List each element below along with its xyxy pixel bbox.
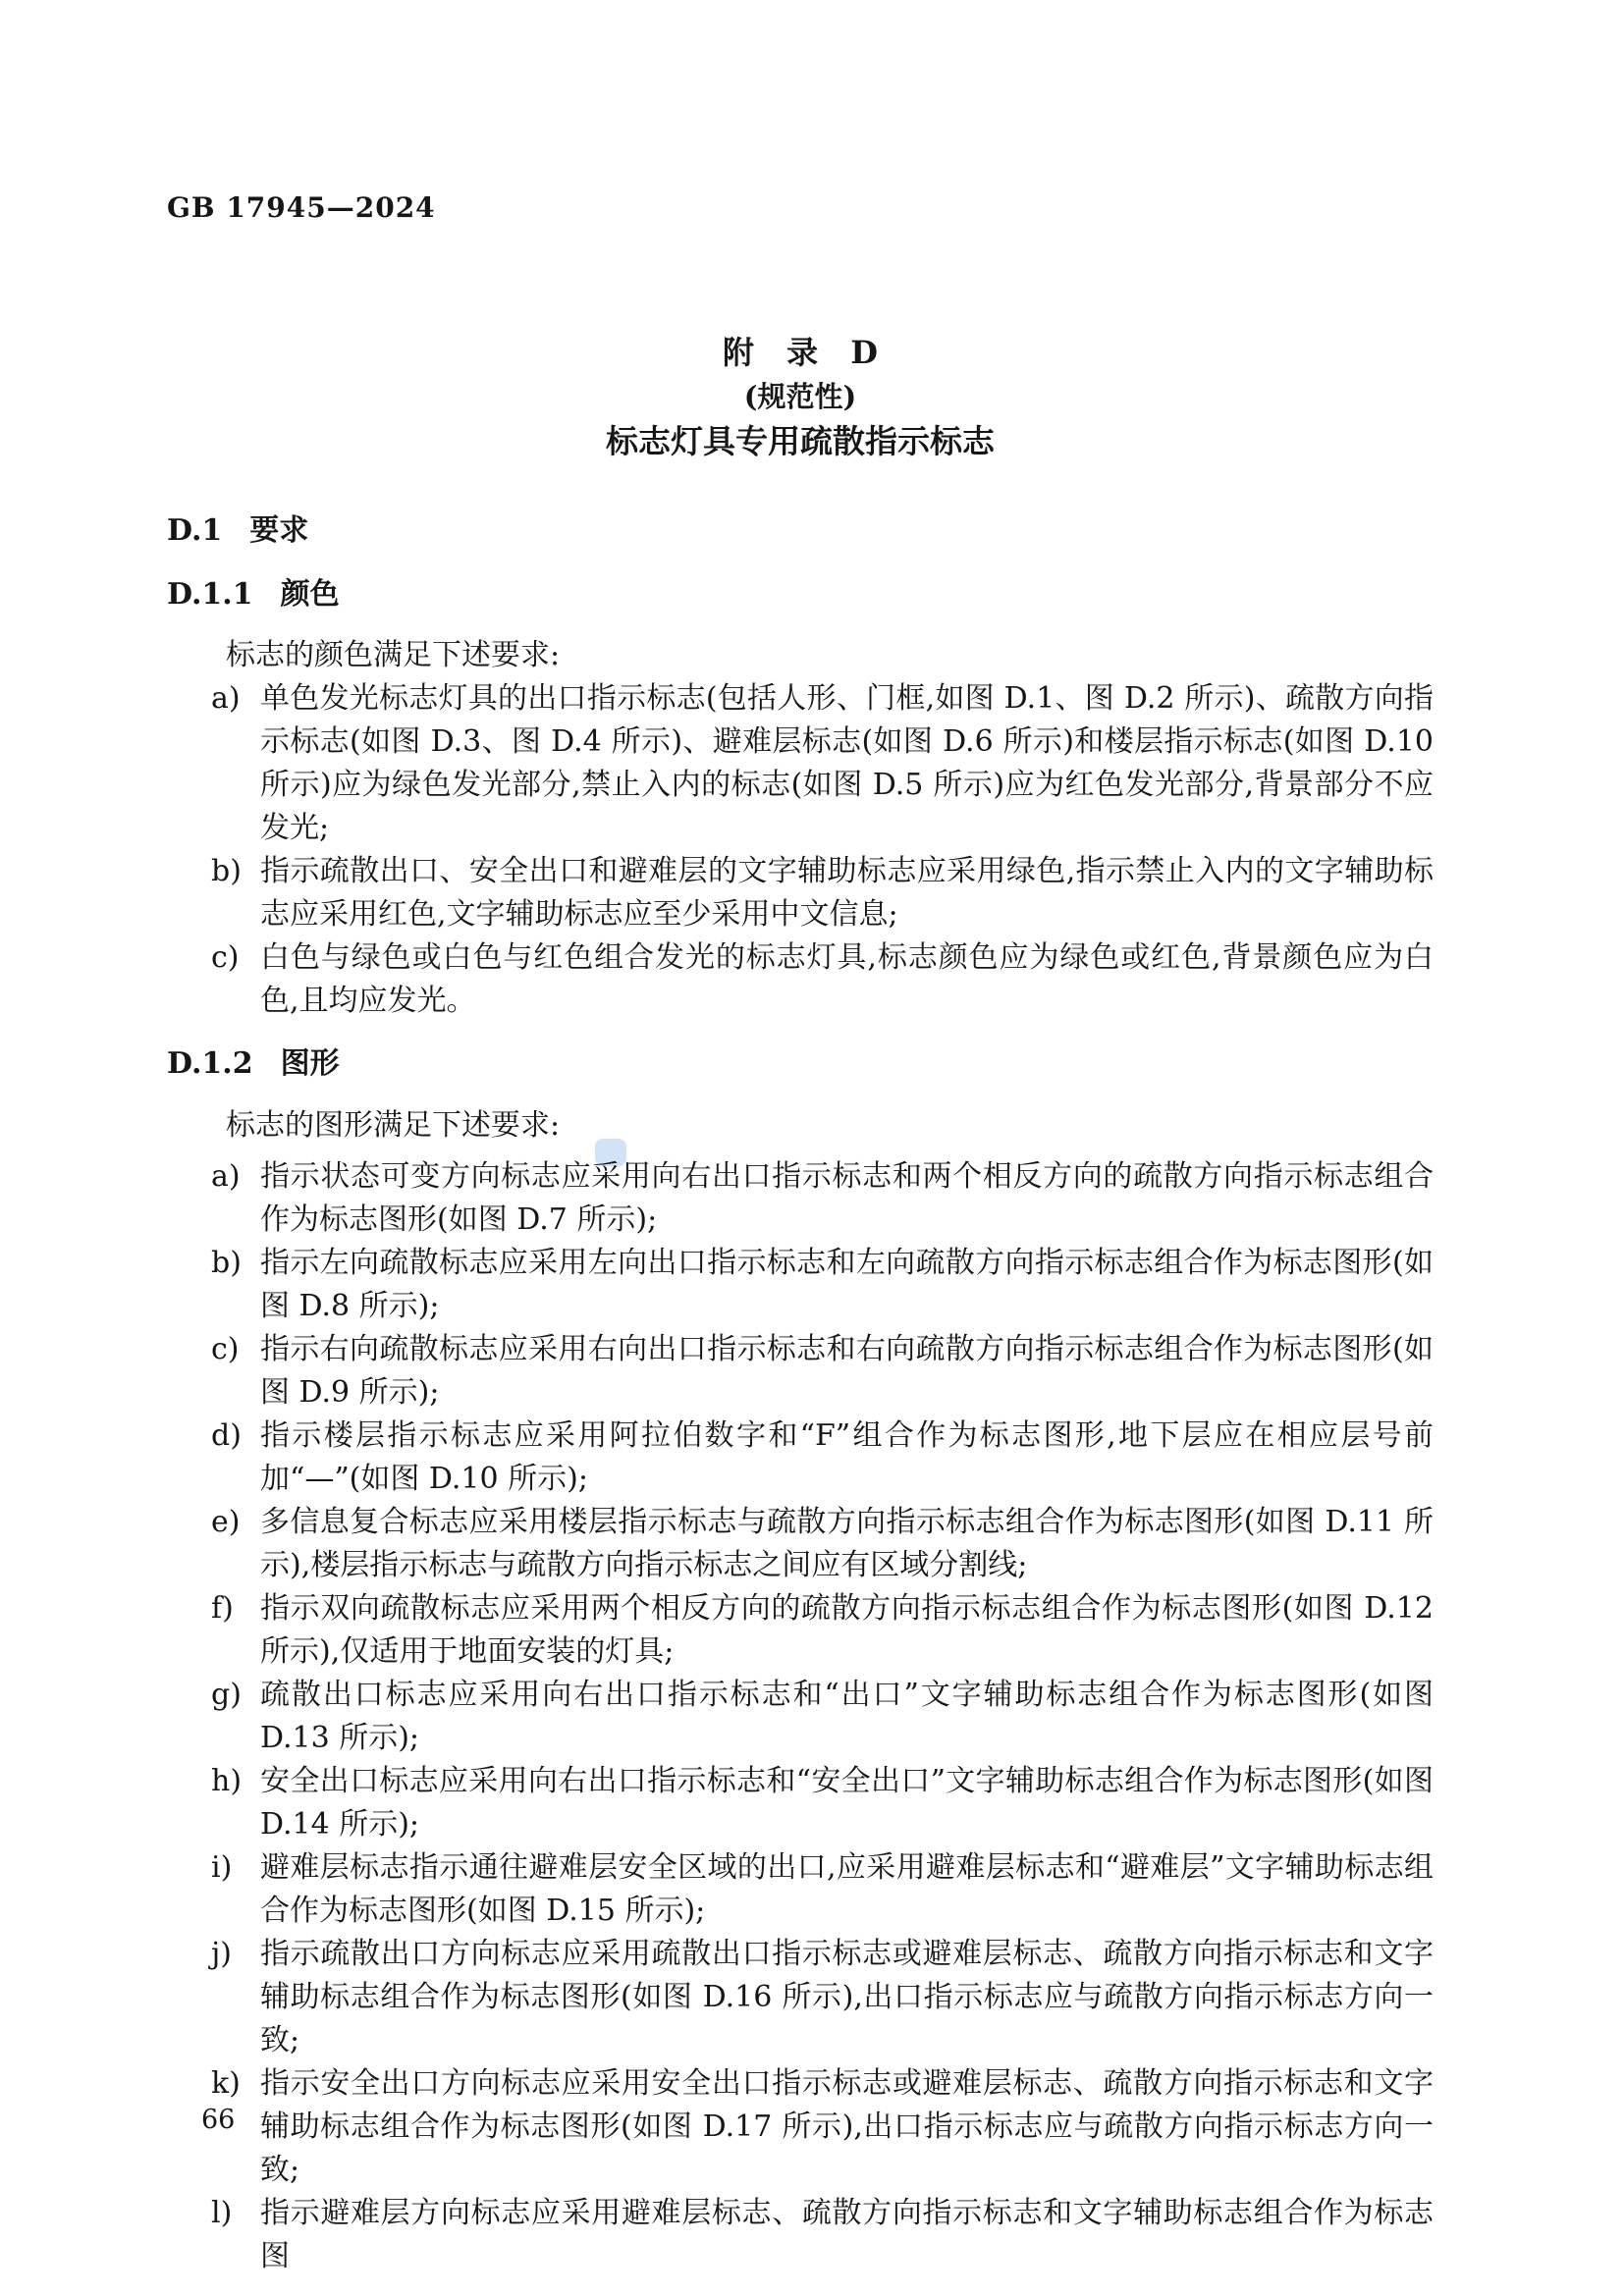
- list-item: j) 指示疏散出口方向标志应采用疏散出口指示标志或避难层标志、疏散方向指示标志和…: [211, 1933, 1434, 2062]
- section-number: D.1.2: [167, 1046, 253, 1082]
- list-item-label: l): [211, 2192, 260, 2278]
- section-d11-list: a) 单色发光标志灯具的出口指示标志(包括人形、门框,如图 D.1、图 D.2 …: [167, 677, 1434, 1023]
- list-item: a) 单色发光标志灯具的出口指示标志(包括人形、门框,如图 D.1、图 D.2 …: [211, 677, 1434, 850]
- list-item-label: i): [211, 1846, 260, 1933]
- list-item-text: 疏散出口标志应采用向右出口指示标志和“出口”文字辅助标志组合作为标志图形(如图 …: [260, 1674, 1434, 1760]
- appendix-title-block: 附 录 D (规范性) 标志灯具专用疏散指示标志: [167, 331, 1434, 463]
- section-d12-intro: 标志的图形满足下述要求:: [167, 1104, 1434, 1148]
- page-number: 66: [201, 2105, 235, 2136]
- list-item: c) 指示右向疏散标志应采用右向出口指示标志和右向疏散方向指示标志组合作为标志图…: [211, 1328, 1434, 1415]
- document-page: GB 17945—2024 附 录 D (规范性) 标志灯具专用疏散指示标志 D…: [0, 0, 1624, 2296]
- section-d11-intro: 标志的颜色满足下述要求:: [167, 634, 1434, 677]
- list-item: l) 指示避难层方向标志应采用避难层标志、疏散方向指示标志和文字辅助标志组合作为…: [211, 2192, 1434, 2278]
- list-item-text: 白色与绿色或白色与红色组合发光的标志灯具,标志颜色应为绿色或红色,背景颜色应为白…: [260, 936, 1434, 1023]
- list-item-label: b): [211, 1242, 260, 1328]
- list-item-label: h): [211, 1760, 260, 1846]
- list-item-text: 指示右向疏散标志应采用右向出口指示标志和右向疏散方向指示标志组合作为标志图形(如…: [260, 1328, 1434, 1415]
- list-item-text: 多信息复合标志应采用楼层指示标志与疏散方向指示标志组合作为标志图形(如图 D.1…: [260, 1501, 1434, 1587]
- list-item: e) 多信息复合标志应采用楼层指示标志与疏散方向指示标志组合作为标志图形(如图 …: [211, 1501, 1434, 1587]
- list-item: i) 避难层标志指示通往避难层安全区域的出口,应采用避难层标志和“避难层”文字辅…: [211, 1846, 1434, 1933]
- list-item-text: 指示避难层方向标志应采用避难层标志、疏散方向指示标志和文字辅助标志组合作为标志图: [260, 2192, 1434, 2278]
- list-item-label: a): [211, 1155, 260, 1242]
- list-item: c) 白色与绿色或白色与红色组合发光的标志灯具,标志颜色应为绿色或红色,背景颜色…: [211, 936, 1434, 1023]
- list-item-text: 指示双向疏散标志应采用两个相反方向的疏散方向指示标志组合作为标志图形(如图 D.…: [260, 1587, 1434, 1674]
- section-title: 颜色: [281, 577, 340, 612]
- list-item-text: 指示状态可变方向标志应采用向右出口指示标志和两个相反方向的疏散方向指示标志组合作…: [260, 1155, 1434, 1242]
- list-item-label: e): [211, 1501, 260, 1587]
- list-item-label: c): [211, 1328, 260, 1415]
- list-item-text: 指示左向疏散标志应采用左向出口指示标志和左向疏散方向指示标志组合作为标志图形(如…: [260, 1242, 1434, 1328]
- list-item: h) 安全出口标志应采用向右出口指示标志和“安全出口”文字辅助标志组合作为标志图…: [211, 1760, 1434, 1846]
- appendix-title: 附 录 D: [167, 331, 1434, 375]
- list-item-text: 避难层标志指示通往避难层安全区域的出口,应采用避难层标志和“避难层”文字辅助标志…: [260, 1846, 1434, 1933]
- list-item-label: d): [211, 1415, 260, 1501]
- list-item-text: 指示楼层指示标志应采用阿拉伯数字和“F”组合作为标志图形,地下层应在相应层号前加…: [260, 1415, 1434, 1501]
- list-item-label: c): [211, 936, 260, 1023]
- list-item-label: j): [211, 1933, 260, 2062]
- list-item-label: a): [211, 677, 260, 850]
- list-item-text: 指示疏散出口、安全出口和避难层的文字辅助标志应采用绿色,指示禁止入内的文字辅助标…: [260, 850, 1434, 936]
- list-item: k) 指示安全出口方向标志应采用安全出口指示标志或避难层标志、疏散方向指示标志和…: [211, 2062, 1434, 2192]
- section-number: D.1: [167, 513, 222, 549]
- section-title: 要求: [249, 513, 308, 548]
- list-item-label: g): [211, 1674, 260, 1760]
- list-item-text: 指示疏散出口方向标志应采用疏散出口指示标志或避难层标志、疏散方向指示标志和文字辅…: [260, 1933, 1434, 2062]
- section-d12-list: a) 指示状态可变方向标志应采用向右出口指示标志和两个相反方向的疏散方向指示标志…: [167, 1155, 1434, 2278]
- section-heading-d1: D.1要求: [167, 513, 1434, 549]
- standard-number: GB 17945—2024: [167, 192, 1434, 224]
- section-number: D.1.1: [167, 577, 253, 613]
- list-item-text: 安全出口标志应采用向右出口指示标志和“安全出口”文字辅助标志组合作为标志图形(如…: [260, 1760, 1434, 1846]
- appendix-subject-title: 标志灯具专用疏散指示标志: [167, 419, 1434, 463]
- list-item-text: 指示安全出口方向标志应采用安全出口指示标志或避难层标志、疏散方向指示标志和文字辅…: [260, 2062, 1434, 2192]
- list-item: b) 指示左向疏散标志应采用左向出口指示标志和左向疏散方向指示标志组合作为标志图…: [211, 1242, 1434, 1328]
- list-item: d) 指示楼层指示标志应采用阿拉伯数字和“F”组合作为标志图形,地下层应在相应层…: [211, 1415, 1434, 1501]
- list-item-label: b): [211, 850, 260, 936]
- list-item: g) 疏散出口标志应采用向右出口指示标志和“出口”文字辅助标志组合作为标志图形(…: [211, 1674, 1434, 1760]
- list-item: f) 指示双向疏散标志应采用两个相反方向的疏散方向指示标志组合作为标志图形(如图…: [211, 1587, 1434, 1674]
- list-item: a) 指示状态可变方向标志应采用向右出口指示标志和两个相反方向的疏散方向指示标志…: [211, 1155, 1434, 1242]
- appendix-normative-label: (规范性): [167, 375, 1434, 419]
- list-item-text: 单色发光标志灯具的出口指示标志(包括人形、门框,如图 D.1、图 D.2 所示)…: [260, 677, 1434, 850]
- page-content: GB 17945—2024 附 录 D (规范性) 标志灯具专用疏散指示标志 D…: [167, 0, 1434, 2278]
- section-heading-d12: D.1.2图形: [167, 1046, 1434, 1082]
- list-item-label: f): [211, 1587, 260, 1674]
- section-title: 图形: [281, 1046, 340, 1081]
- section-heading-d11: D.1.1颜色: [167, 577, 1434, 613]
- list-item: b) 指示疏散出口、安全出口和避难层的文字辅助标志应采用绿色,指示禁止入内的文字…: [211, 850, 1434, 936]
